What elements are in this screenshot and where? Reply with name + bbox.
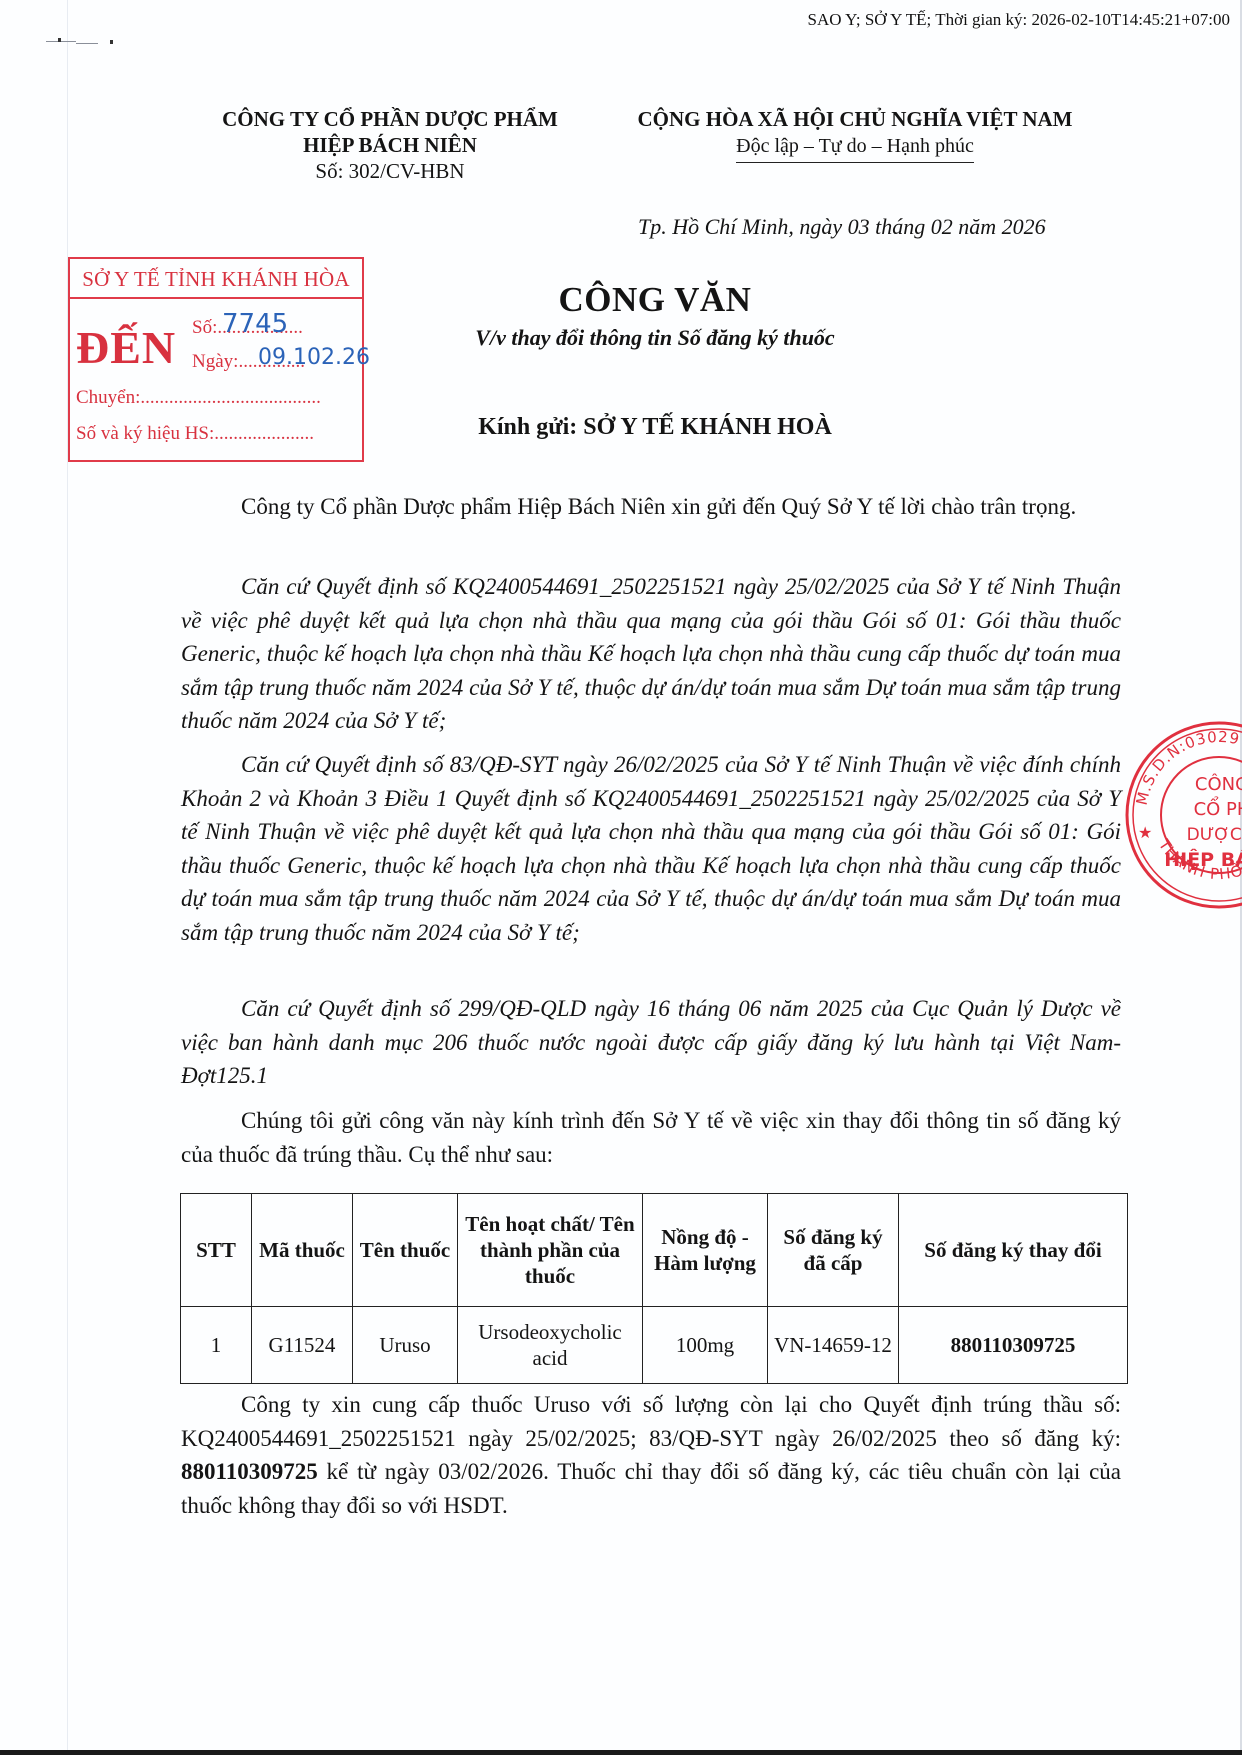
place-date: Tp. Hồ Chí Minh, ngày 03 tháng 02 năm 20… [638, 214, 1046, 240]
request-paragraph: Chúng tôi gửi công văn này kính trình đế… [181, 1104, 1121, 1171]
digital-signature-banner: SAO Y; SỞ Y TẾ; Thời gian ký: 2026-02-10… [808, 10, 1231, 30]
stamp-ngay-handwritten: 09.102.26 [258, 345, 370, 370]
stamp-hs-row: Số và ký hiệu HS:..................... [76, 423, 314, 445]
document-number: Số: 302/CV-HBN [200, 158, 580, 184]
company-name-line2: HIỆP BÁCH NIÊN [200, 132, 580, 158]
company-name-line1: CÔNG TY CỔ PHẦN DƯỢC PHẨM [200, 106, 580, 132]
stamp-title: SỞ Y TẾ TỈNH KHÁNH HÒA [70, 259, 362, 299]
document-subject: V/v thay đổi thông tin Số đăng ký thuốc [400, 325, 910, 351]
table-row: 1 G11524 Uruso Ursodeoxycholic acid 100m… [181, 1307, 1128, 1384]
basis-paragraph-3: Căn cứ Quyết định số 299/QĐ-QLD ngày 16 … [181, 992, 1121, 1093]
col-sdk-thay-doi: Số đăng ký thay đổi [899, 1194, 1128, 1307]
col-ten-thuoc: Tên thuốc [353, 1194, 458, 1307]
incoming-document-stamp: SỞ Y TẾ TỈNH KHÁNH HÒA ĐẾN Số:..........… [68, 257, 364, 462]
national-motto: Độc lập – Tự do – Hạnh phúc [736, 133, 974, 163]
svg-text:★: ★ [1138, 823, 1152, 842]
registration-change-table: STT Mã thuốc Tên thuốc Tên hoạt chất/ Tê… [180, 1193, 1128, 1384]
col-nong-do: Nồng độ - Hàm lượng [643, 1194, 768, 1307]
stamp-so-handwritten: 7745 [222, 309, 288, 339]
company-seal-icon: M.S.D.N:03029 THÀNH PHỐ HỒ ★ CÔNGCỔ PHDƯ… [1124, 720, 1242, 910]
issuer-block: CÔNG TY CỔ PHẦN DƯỢC PHẨM HIỆP BÁCH NIÊN… [200, 106, 580, 184]
nation-name: CỘNG HÒA XÃ HỘI CHỦ NGHĨA VIỆT NAM [610, 106, 1100, 132]
recipient: Kính gửi: SỞ Y TẾ KHÁNH HOÀ [400, 414, 910, 441]
stamp-den: ĐẾN [76, 321, 176, 374]
closing-paragraph: Công ty xin cung cấp thuốc Uruso với số … [181, 1388, 1121, 1522]
stamp-chuyen-row: Chuyển:.................................… [76, 387, 321, 409]
col-sdk-da-cap: Số đăng ký đã cấp [768, 1194, 899, 1307]
scan-mark [42, 36, 112, 48]
col-hoat-chat: Tên hoạt chất/ Tên thành phần của thuốc [458, 1194, 643, 1307]
new-registration-number: 880110309725 [181, 1459, 318, 1484]
table-header-row: STT Mã thuốc Tên thuốc Tên hoạt chất/ Tê… [181, 1194, 1128, 1307]
greeting-paragraph: Công ty Cổ phần Dược phẩm Hiệp Bách Niên… [181, 490, 1121, 524]
basis-paragraph-1: Căn cứ Quyết định số KQ2400544691_250225… [181, 570, 1121, 738]
scan-bottom-edge [0, 1750, 1242, 1755]
basis-paragraph-2: Căn cứ Quyết định số 83/QĐ-SYT ngày 26/0… [181, 748, 1121, 949]
svg-text:HIỆP BÁCH: HIỆP BÁCH [1164, 847, 1242, 871]
col-ma-thuoc: Mã thuốc [252, 1194, 353, 1307]
svg-text:CỔ PH: CỔ PH [1194, 796, 1242, 820]
col-stt: STT [181, 1194, 252, 1307]
national-header: CỘNG HÒA XÃ HỘI CHỦ NGHĨA VIỆT NAM Độc l… [610, 106, 1100, 163]
document-title: CÔNG VĂN [400, 280, 910, 320]
svg-text:DƯỢC P: DƯỢC P [1187, 825, 1242, 845]
svg-text:CÔNG: CÔNG [1195, 773, 1242, 795]
